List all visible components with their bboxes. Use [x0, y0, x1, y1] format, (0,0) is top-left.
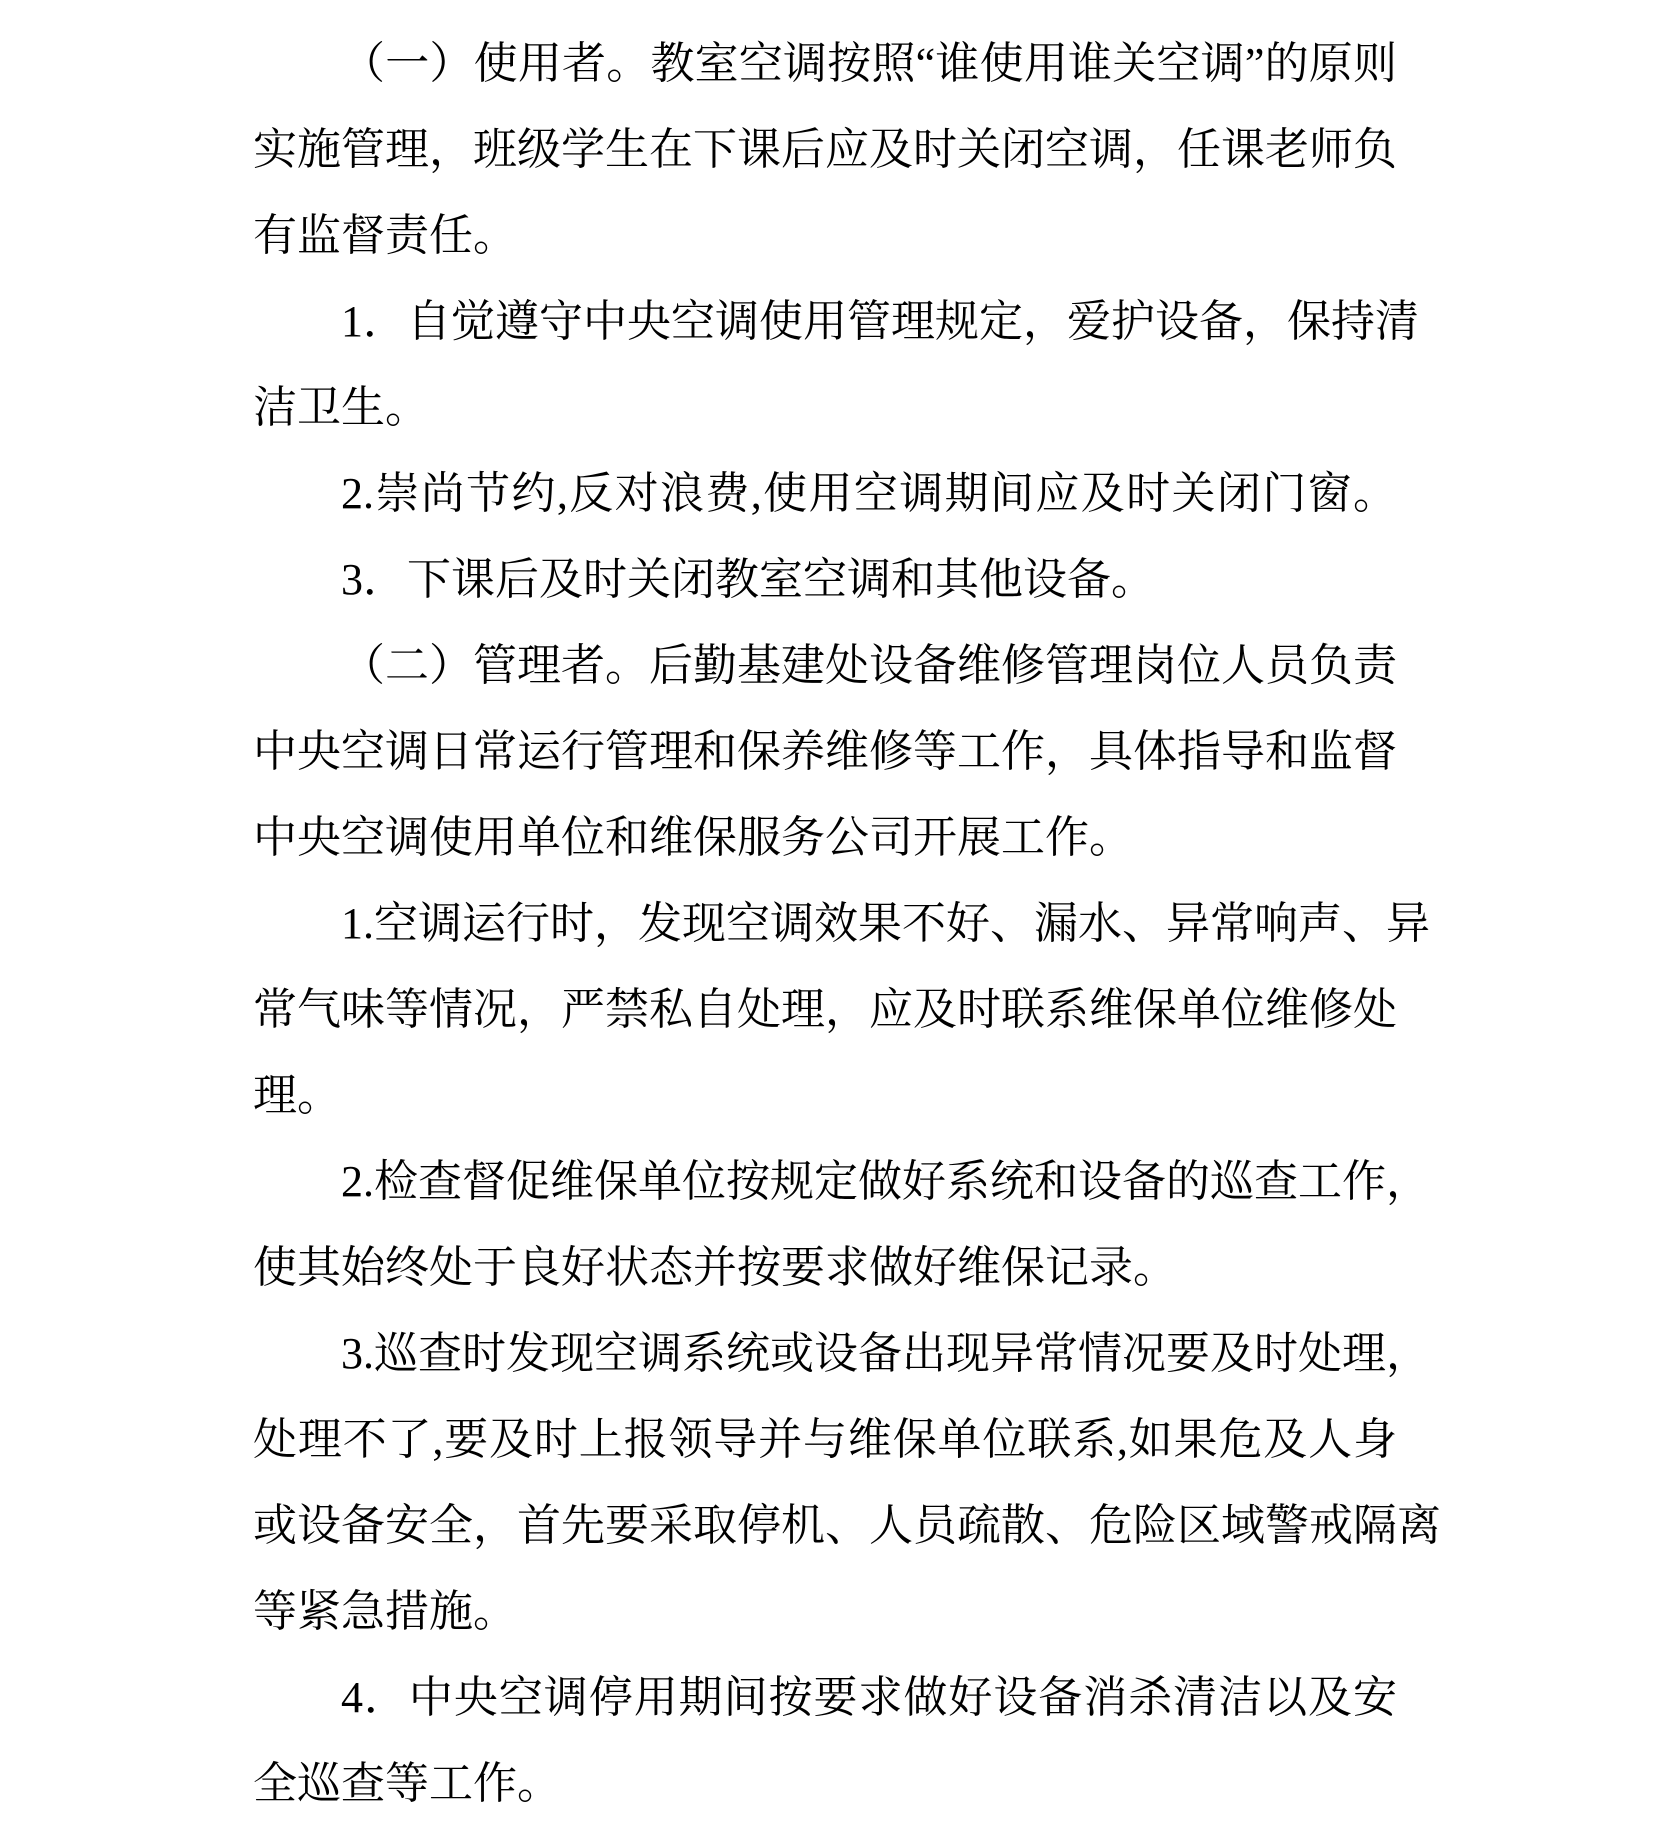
- paragraph-users-item-3: 3．下课后及时关闭教室空调和其他设备。: [253, 537, 1397, 623]
- document-page: （一）使用者。教室空调按照“谁使用谁关空调”的原则 实施管理，班级学生在下课后应…: [0, 0, 1654, 1841]
- document-line: 处理不了,要及时上报领导并与维保单位联系,如果危及人身: [253, 1397, 1397, 1483]
- paragraph-managers-item-2: 2.检查督促维保单位按规定做好系统和设备的巡查工作， 使其始终处于良好状态并按要…: [253, 1139, 1397, 1311]
- document-line: 使其始终处于良好状态并按要求做好维保记录。: [253, 1225, 1397, 1311]
- document-line: 等紧急措施。: [253, 1569, 1397, 1655]
- paragraph-section-1-users: （一）使用者。教室空调按照“谁使用谁关空调”的原则 实施管理，班级学生在下课后应…: [253, 21, 1397, 279]
- document-line: 常气味等情况，严禁私自处理，应及时联系维保单位维修处: [253, 967, 1397, 1053]
- document-line: 3．下课后及时关闭教室空调和其他设备。: [253, 537, 1397, 623]
- document-line: 3.巡查时发现空调系统或设备出现异常情况要及时处理，: [253, 1311, 1397, 1397]
- paragraph-users-item-1: 1．自觉遵守中央空调使用管理规定，爱护设备，保持清 洁卫生。: [253, 279, 1397, 451]
- document-line: 1.空调运行时，发现空调效果不好、漏水、异常响声、异: [253, 881, 1397, 967]
- document-line: （二）管理者。后勤基建处设备维修管理岗位人员负责: [253, 623, 1397, 709]
- document-line: 中央空调日常运行管理和保养维修等工作，具体指导和监督: [253, 709, 1397, 795]
- document-line: 中央空调使用单位和维保服务公司开展工作。: [253, 795, 1397, 881]
- paragraph-users-item-2: 2.崇尚节约,反对浪费,使用空调期间应及时关闭门窗。: [253, 451, 1397, 537]
- document-line: 2.崇尚节约,反对浪费,使用空调期间应及时关闭门窗。: [253, 451, 1397, 537]
- document-line: 有监督责任。: [253, 193, 1397, 279]
- paragraph-managers-item-1: 1.空调运行时，发现空调效果不好、漏水、异常响声、异 常气味等情况，严禁私自处理…: [253, 881, 1397, 1139]
- document-line: 2.检查督促维保单位按规定做好系统和设备的巡查工作，: [253, 1139, 1397, 1225]
- document-line: 1．自觉遵守中央空调使用管理规定，爱护设备，保持清: [253, 279, 1397, 365]
- document-line: 4．中央空调停用期间按要求做好设备消杀清洁以及安: [253, 1655, 1397, 1741]
- paragraph-managers-item-3: 3.巡查时发现空调系统或设备出现异常情况要及时处理， 处理不了,要及时上报领导并…: [253, 1311, 1397, 1655]
- document-line: 全巡查等工作。: [253, 1741, 1397, 1827]
- document-line: 理。: [253, 1053, 1397, 1139]
- document-line: 实施管理，班级学生在下课后应及时关闭空调，任课老师负: [253, 107, 1397, 193]
- document-line: 洁卫生。: [253, 365, 1397, 451]
- document-line: 或设备安全，首先要采取停机、人员疏散、危险区域警戒隔离: [253, 1483, 1397, 1569]
- document-line: （一）使用者。教室空调按照“谁使用谁关空调”的原则: [253, 21, 1397, 107]
- paragraph-managers-item-4: 4．中央空调停用期间按要求做好设备消杀清洁以及安 全巡查等工作。: [253, 1655, 1397, 1827]
- document-text-block: （一）使用者。教室空调按照“谁使用谁关空调”的原则 实施管理，班级学生在下课后应…: [253, 21, 1397, 1827]
- paragraph-section-2-managers: （二）管理者。后勤基建处设备维修管理岗位人员负责 中央空调日常运行管理和保养维修…: [253, 623, 1397, 881]
